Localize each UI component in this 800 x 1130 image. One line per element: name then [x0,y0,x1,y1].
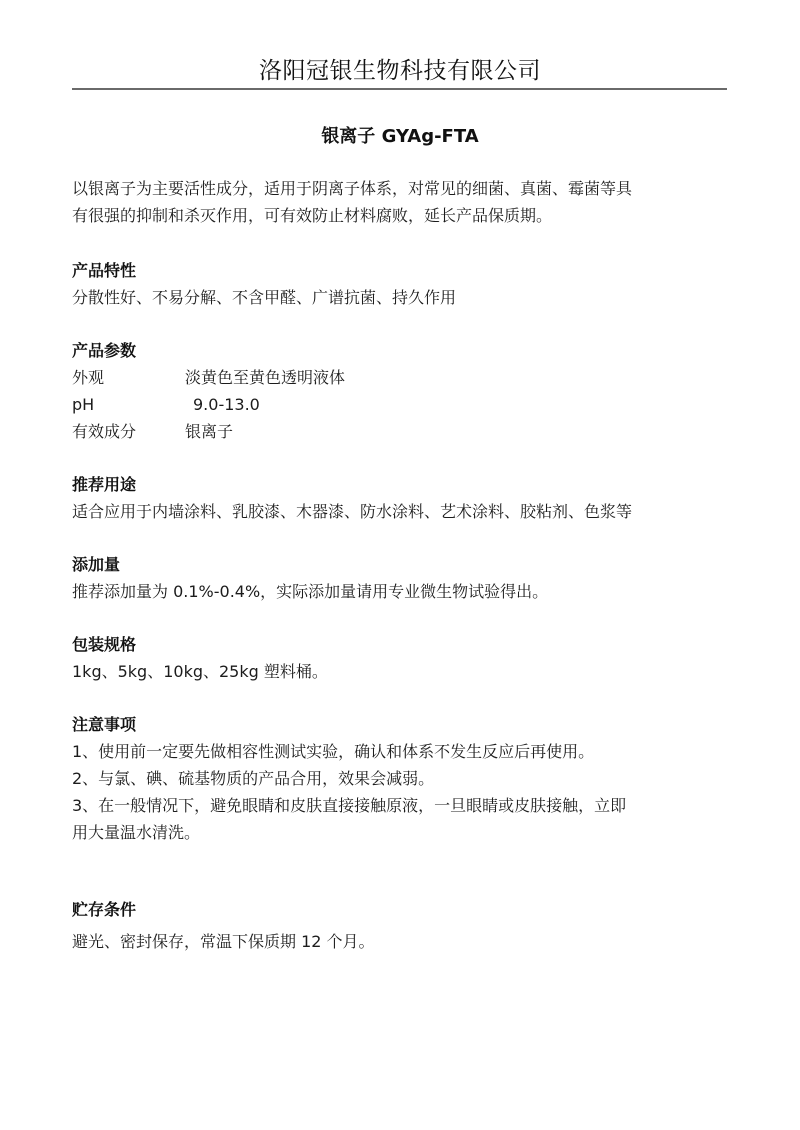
features-text: 分散性好、不易分解、不含甲醛、广谱抗菌、持久作用 [72,284,732,311]
header-divider [72,88,727,90]
param-row: 有效成分 银离子 [72,418,732,445]
note-line: 用大量温水清洗。 [72,819,732,846]
param-value: 9.0-13.0 [185,391,260,418]
section-heading: 添加量 [72,551,732,578]
section-heading: 产品特性 [72,257,732,284]
product-title: 银离子 GYAg-FTA [0,124,800,150]
section-features: 产品特性 分散性好、不易分解、不含甲醛、广谱抗菌、持久作用 [72,257,732,311]
param-value: 淡黄色至黄色透明液体 [185,364,345,391]
param-label: 外观 [72,364,185,391]
note-line: 3、在一般情况下，避免眼睛和皮肤直接接触原液，一旦眼睛或皮肤接触，立即 [72,792,732,819]
param-row: pH 9.0-13.0 [72,391,732,418]
section-heading: 包装规格 [72,631,732,658]
section-heading: 注意事项 [72,711,732,738]
section-applications: 推荐用途 适合应用于内墙涂料、乳胶漆、木器漆、防水涂料、艺术涂料、胶粘剂、色浆等 [72,471,732,525]
intro-line: 有很强的抑制和杀灭作用，可有效防止材料腐败，延长产品保质期。 [72,202,732,229]
intro-paragraph: 以银离子为主要活性成分，适用于阴离子体系，对常见的细菌、真菌、霉菌等具 有很强的… [72,175,732,229]
param-label: 有效成分 [72,418,185,445]
company-name: 洛阳冠银生物科技有限公司 [0,56,800,86]
section-packaging: 包装规格 1kg、5kg、10kg、25kg 塑料桶。 [72,631,732,685]
note-line: 2、与氯、碘、硫基物质的产品合用，效果会减弱。 [72,765,732,792]
section-storage: 贮存条件 避光、密封保存，常温下保质期 12 个月。 [72,896,732,955]
note-line: 1、使用前一定要先做相容性测试实验，确认和体系不发生反应后再使用。 [72,738,732,765]
applications-text: 适合应用于内墙涂料、乳胶漆、木器漆、防水涂料、艺术涂料、胶粘剂、色浆等 [72,498,732,525]
intro-line: 以银离子为主要活性成分，适用于阴离子体系，对常见的细菌、真菌、霉菌等具 [72,175,732,202]
section-params: 产品参数 外观 淡黄色至黄色透明液体 pH 9.0-13.0 有效成分 银离子 [72,337,732,445]
section-heading: 产品参数 [72,337,732,364]
param-label: pH [72,391,185,418]
section-heading: 推荐用途 [72,471,732,498]
param-row: 外观 淡黄色至黄色透明液体 [72,364,732,391]
packaging-text: 1kg、5kg、10kg、25kg 塑料桶。 [72,658,732,685]
section-notes: 注意事项 1、使用前一定要先做相容性测试实验，确认和体系不发生反应后再使用。 2… [72,711,732,846]
dosage-text: 推荐添加量为 0.1%-0.4%，实际添加量请用专业微生物试验得出。 [72,578,732,605]
param-value: 银离子 [185,418,233,445]
section-heading: 贮存条件 [72,896,732,923]
section-dosage: 添加量 推荐添加量为 0.1%-0.4%，实际添加量请用专业微生物试验得出。 [72,551,732,605]
storage-text: 避光、密封保存，常温下保质期 12 个月。 [72,928,732,955]
